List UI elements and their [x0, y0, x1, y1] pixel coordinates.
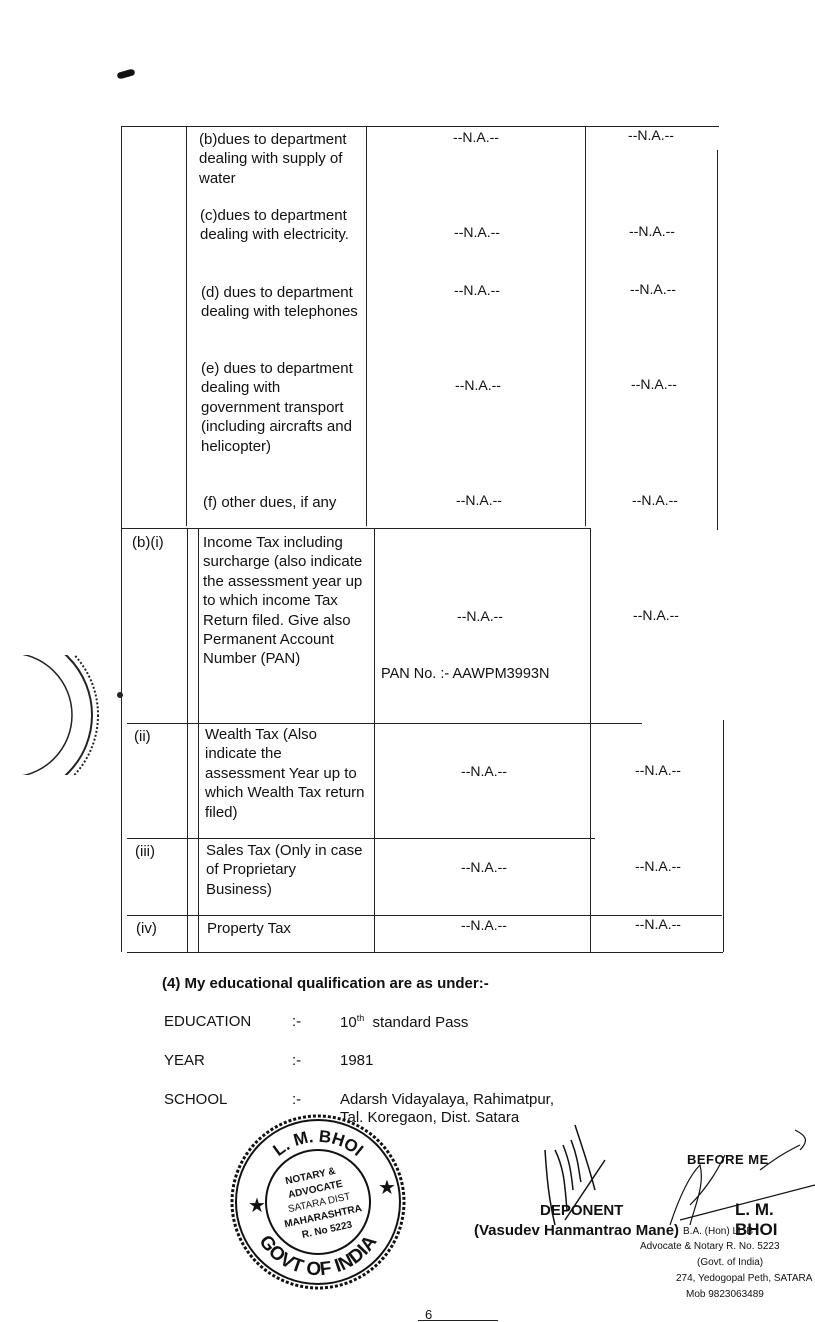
partial-notary-stamp — [0, 655, 130, 775]
transport-col4: --N.A.-- — [594, 376, 714, 392]
row-num-wealth-tax: (ii) — [134, 727, 151, 746]
row-label-wealth-tax: Wealth Tax (Also indicate the assessment… — [205, 725, 365, 822]
notary-govt: (Govt. of India) — [697, 1257, 763, 1268]
sales-tax-col4: --N.A.-- — [598, 858, 718, 874]
notary-stamp: L. M. BHOI GOVT OF INDIA ★ ★ NOTARY & AD… — [228, 1112, 408, 1292]
telephones-col3: --N.A.-- — [417, 282, 537, 298]
income-tax-col3: --N.A.-- — [420, 608, 540, 624]
row-label-telephones: (d) dues to department dealing with tele… — [201, 283, 361, 322]
separator: :- — [292, 1052, 301, 1069]
water-col4: --N.A.-- — [591, 127, 711, 143]
row-label-transport: (e) dues to department dealing with gove… — [201, 359, 361, 456]
sales-tax-col3: --N.A.-- — [424, 859, 544, 875]
pen-mark — [116, 68, 136, 81]
education-label: EDUCATION — [164, 1013, 274, 1030]
row-label-water: (b)dues to department dealing with suppl… — [199, 130, 359, 188]
electricity-col3: --N.A.-- — [417, 224, 537, 240]
row-label-property-tax: Property Tax — [207, 919, 367, 938]
income-tax-col4: --N.A.-- — [596, 607, 716, 623]
svg-text:★: ★ — [248, 1195, 266, 1217]
water-col3: --N.A.-- — [416, 129, 536, 145]
row-num-property-tax: (iv) — [136, 919, 157, 938]
property-tax-col4: --N.A.-- — [598, 916, 718, 932]
wealth-tax-col4: --N.A.-- — [598, 762, 718, 778]
education-value: 10th standard Pass — [340, 1013, 468, 1031]
row-num-sales-tax: (iii) — [135, 842, 155, 861]
separator: :- — [292, 1091, 301, 1108]
row-label-income-tax: Income Tax including surcharge (also ind… — [203, 533, 368, 669]
deponent-label: DEPONENT — [540, 1202, 623, 1219]
other-dues-col4: --N.A.-- — [595, 492, 715, 508]
education-heading: (4) My educational qualification are as … — [162, 975, 489, 992]
svg-text:★: ★ — [378, 1177, 396, 1199]
telephones-col4: --N.A.-- — [593, 281, 713, 297]
row-label-electricity: (c)dues to department dealing with elect… — [200, 206, 360, 245]
wealth-tax-col3: --N.A.-- — [424, 763, 544, 779]
deponent-name: (Vasudev Hanmantrao Mane) — [474, 1222, 679, 1239]
row-num-income-tax: (b)(i) — [132, 533, 164, 552]
pan-number: PAN No. :- AAWPM3993N — [381, 665, 549, 684]
school-label: SCHOOL — [164, 1091, 274, 1108]
notary-address: 274, Yedogopal Peth, SATARA — [676, 1273, 812, 1284]
year-label: YEAR — [164, 1052, 274, 1069]
electricity-col4: --N.A.-- — [592, 223, 712, 239]
row-label-other-dues: (f) other dues, if any — [203, 493, 363, 512]
notary-mobile: Mob 9823063489 — [686, 1289, 764, 1300]
property-tax-col3: --N.A.-- — [424, 917, 544, 933]
other-dues-col3: --N.A.-- — [419, 492, 539, 508]
notary-qualification: B.A. (Hon) LL.B — [683, 1226, 753, 1237]
row-label-sales-tax: Sales Tax (Only in case of Proprietary B… — [206, 841, 366, 899]
year-value: 1981 — [340, 1052, 373, 1069]
school-value: Adarsh Vidayalaya, Rahimatpur, — [340, 1091, 554, 1108]
transport-col3: --N.A.-- — [418, 377, 538, 393]
separator: :- — [292, 1013, 301, 1030]
notary-registration: Advocate & Notary R. No. 5223 — [640, 1241, 780, 1252]
